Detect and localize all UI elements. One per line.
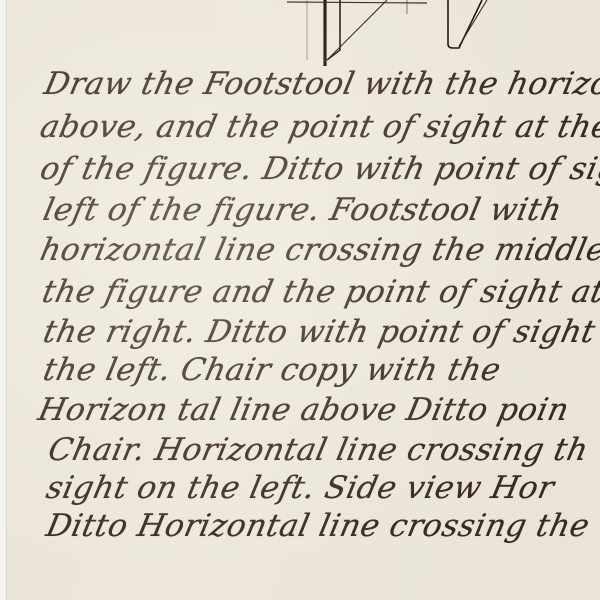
- manuscript-line-9: Horizon tal line above Ditto poin: [35, 392, 572, 428]
- manuscript-page: Draw the Footstool with the horizontal a…: [7, 0, 600, 600]
- manuscript-line-2: above, and the point of sight at the: [37, 109, 600, 145]
- manuscript-line-3: of the figure. Ditto with point of sight: [37, 151, 600, 187]
- manuscript-line-4: left of the figure. Footstool with: [40, 192, 565, 228]
- manuscript-line-6: the figure and the point of sight at: [39, 274, 600, 310]
- manuscript-line-5: horizontal line crossing the middle: [37, 232, 600, 268]
- manuscript-line-11: sight on the left. Side view Hor: [43, 470, 557, 506]
- footstool-legs-sketch: [7, 0, 600, 70]
- manuscript-line-10: Chair. Horizontal line crossing th: [45, 432, 592, 468]
- manuscript-line-8: the left. Chair copy with the: [40, 352, 504, 388]
- manuscript-line-7: the right. Ditto with point of sight a: [40, 314, 600, 350]
- manuscript-line-1: Draw the Footstool with the horizontal: [41, 66, 600, 102]
- manuscript-line-12: Ditto Horizontal line crossing the: [43, 508, 593, 544]
